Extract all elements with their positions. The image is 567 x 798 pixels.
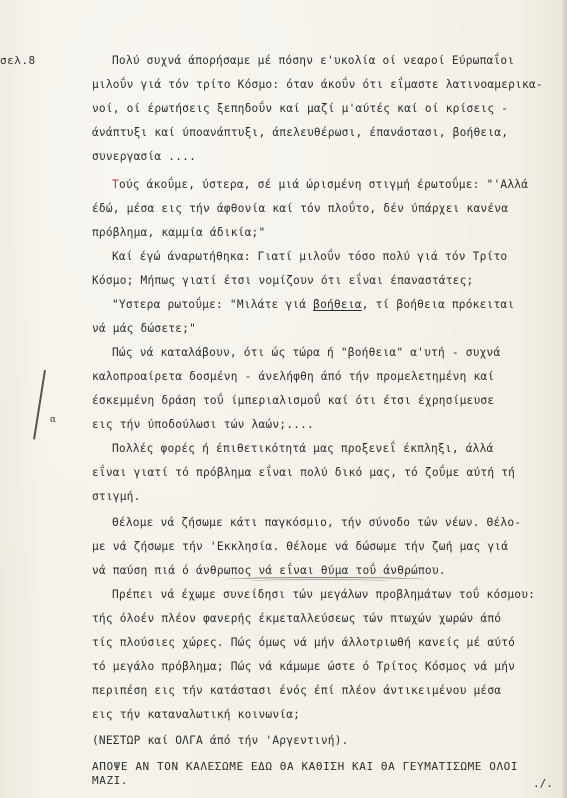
text-line: έδώ, μέσα εις τήν άφθονία καί τόν πλοΰτο… [92,202,508,216]
text-line: εΐναι γιατί τό πρόβλημα εΐναι πολύ δικό … [92,466,515,480]
text-line: τίς πλούσιες χώρες. Πώς όμως νά μήν άλλο… [92,636,515,650]
text-fragment: ούς άκοΰμε, ύστερα, σέ μιά ώρισμένη στιγ… [119,178,528,191]
text-line: καλοπροαίρετα δοσμένη - άνελήφθη άπό τήν… [92,370,494,384]
text-line: Πολλές φορές ή έπιθετικότητά μας προξενε… [112,442,493,456]
text-line: περιπέση εις τήν κατάστασι ένός έπί πλέο… [92,684,501,698]
page-number-label: σελ.8 [0,54,36,67]
text-line: νοί, οί έρωτήσεις ξεπηδοΰν καί μαζί μ'αύ… [92,102,508,116]
document-page: σελ.8 Πολύ συχνά άπορήσαμε μέ πόσην ε'υκ… [0,0,567,798]
text-line: Πώς νά καταλάβουν, ότι ώς τώρα ή "βοήθει… [112,346,500,360]
text-line: τό μεγάλο πρόβλημα; Πώς νά κάμωμε ώστε ό… [92,660,515,674]
text-line: με νά ζήσωμε τήν 'Εκκλησία. Θέλομε νά δώ… [92,540,508,554]
text-line: νά παύση πιά ό άνθρωπος νά εΐναι θύμα το… [92,564,446,578]
text-line: άνάπτυξι καί ύποανάπτυξι, άπελευθέρωσι, … [92,126,508,140]
text-line: Πρέπει νά έχωμε συνείδησι τών μεγάλων πρ… [112,588,535,602]
text-line: "Υστερα ρωτοΰμε: "Μιλάτε γιά βοήθεια, τί… [112,298,514,312]
closing-line: ΑΠΟΨΕ ΑΝ ΤΟΝ ΚΑΛΕΣΩΜΕ ΕΔΩ ΘΑ ΚΑΘΙΣΗ ΚΑΙ … [92,760,518,774]
text-line: Καί έγώ άναρωτήθηκα: Γιατί μιλοΰν τόσο π… [112,250,507,264]
text-line: έσκεμμένη δράση τοΰ ίμπεριαλισμοΰ καί ότ… [92,394,494,408]
red-initial-letter: Τ [112,178,119,191]
text-line: μιλοΰν γιά τόν τρίτο Κόσμο: όταν άκοΰν ό… [92,78,543,92]
continuation-mark: ./. [533,777,553,790]
margin-annotation: α [50,415,56,425]
closing-line: ΜΑΖΙ. [92,774,128,788]
text-line: εις τήν καταναλωτική κοινωνία; [92,708,300,722]
pen-strikethrough-mark [250,579,390,583]
paper-edge-shadow [561,0,567,798]
margin-pen-stroke [33,370,45,439]
text-line: νά μάς δώσετε;" [92,322,196,336]
text-line: Θέλομε νά ζήσωμε κάτι παγκόσμιο, τήν σύν… [112,516,521,530]
underlined-word: βοήθεια [313,298,362,311]
text-line: εις τήν ύποδούλωσι τών λαών;.... [92,418,314,432]
text-line: Τούς άκοΰμε, ύστερα, σέ μιά ώρισμένη στι… [112,178,528,192]
text-line: πρόβλημα, καμμία άδικία;" [92,226,265,240]
text-line: συνεργασία .... [92,150,196,164]
text-line: Κόσμο; Μήπως γιατί έτσι νομίζουν ότι εΐν… [92,274,473,288]
text-line: στιγμή. [92,490,141,504]
text-fragment: , τί βοήθεια πρόκειται [362,298,515,311]
attribution: (ΝΕΣΤΩΡ καί ΟΛΓΑ άπό τήν 'Αργεντινή). [92,734,349,748]
text-fragment: "Υστερα ρωτοΰμε: "Μιλάτε γιά [112,298,313,311]
text-line: Πολύ συχνά άπορήσαμε μέ πόσην ε'υκολία ο… [112,54,514,68]
text-line: τής όλοέν πλέον φανερής έκμεταλλεύσεως τ… [92,612,501,626]
